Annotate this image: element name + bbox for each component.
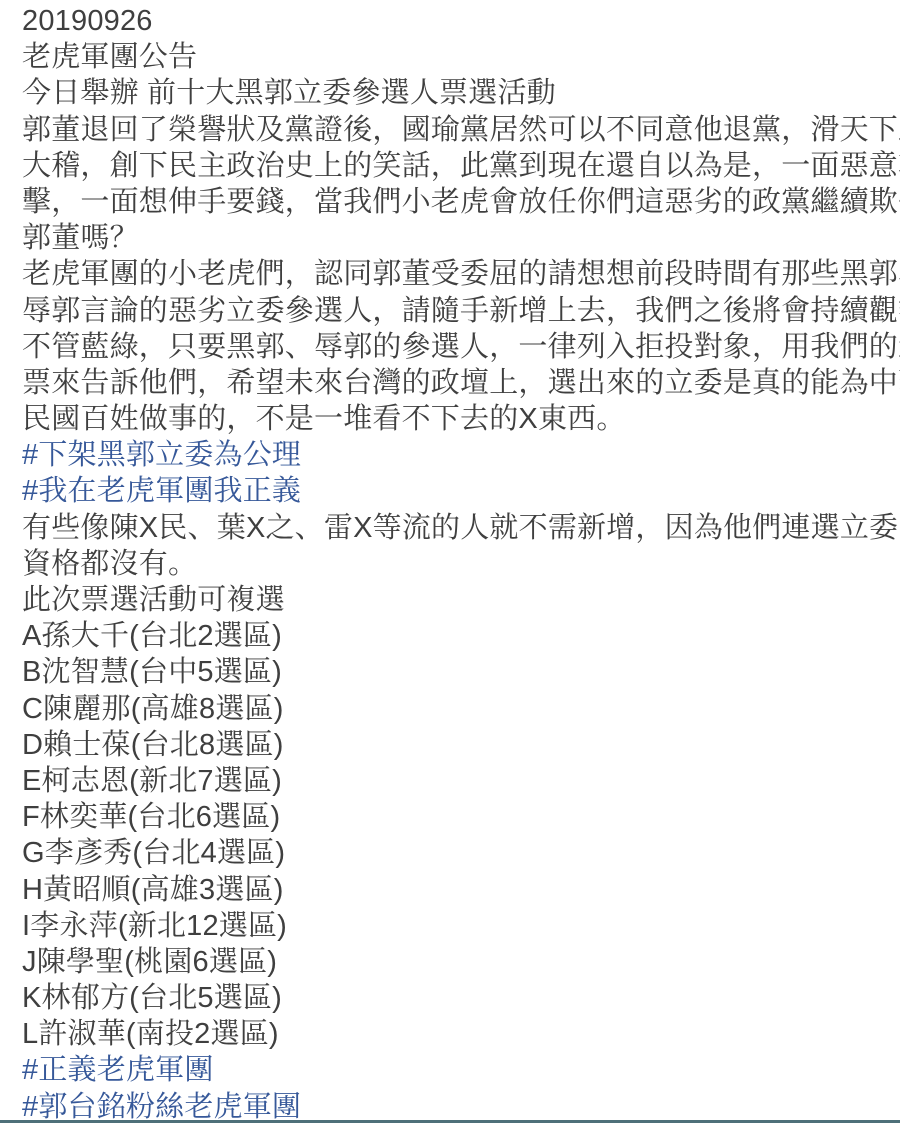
post-text-line: F林奕華(台北6選區) [22, 799, 900, 835]
post-text-line: G李彥秀(台北4選區) [22, 835, 900, 871]
post-text-line: 郭董嗎？ [22, 220, 900, 256]
post-text-line: J陳學聖(桃園6選區) [22, 944, 900, 980]
post-text-line: E柯志恩(新北7選區) [22, 763, 900, 799]
post-text-line: 此次票選活動可複選 [22, 582, 900, 618]
post-text-line: D賴士葆(台北8選區) [22, 727, 900, 763]
post-text-line: L許淑華(南投2選區) [22, 1016, 900, 1052]
post-text-line: 老虎軍團公告 [22, 39, 900, 75]
bottom-border-line [0, 1120, 900, 1123]
hashtag-link[interactable]: #下架黑郭立委為公理 [22, 437, 900, 473]
post-text-line: 民國百姓做事的，不是一堆看不下去的X東西。 [22, 401, 900, 437]
post-text-line: 今日舉辦 前十大黑郭立委參選人票選活動 [22, 75, 900, 111]
post-text-line: H黃昭順(高雄3選區) [22, 872, 900, 908]
post-text-line: 資格都沒有。 [22, 546, 900, 582]
post-text-line: 有些像陳X民、葉X之、雷X等流的人就不需新增，因為他們連選立委的 [22, 510, 900, 546]
post-text-line: 擊，一面想伸手要錢，當我們小老虎會放任你們這惡劣的政黨繼續欺侮 [22, 184, 900, 220]
post-text-line: 老虎軍團的小老虎們，認同郭董受委屈的請想想前段時間有那些黑郭、 [22, 256, 900, 292]
post-text-line: I李永萍(新北12選區) [22, 908, 900, 944]
post-text-line: 不管藍綠，只要黑郭、辱郭的參選人，一律列入拒投對象，用我們的選 [22, 329, 900, 365]
post-text-line: 辱郭言論的惡劣立委參選人，請隨手新增上去，我們之後將會持續觀察 [22, 293, 900, 329]
post-text-line: 20190926 [22, 3, 900, 39]
post-screenshot: 20190926老虎軍團公告今日舉辦 前十大黑郭立委參選人票選活動郭董退回了榮譽… [0, 0, 900, 1128]
post-text-line: 大稽，創下民主政治史上的笑話，此黨到現在還自以為是，一面惡意攻 [22, 148, 900, 184]
hashtag-link[interactable]: #我在老虎軍團我正義 [22, 473, 900, 509]
post-body: 20190926老虎軍團公告今日舉辦 前十大黑郭立委參選人票選活動郭董退回了榮譽… [22, 3, 900, 1125]
post-text-line: K林郁方(台北5選區) [22, 980, 900, 1016]
post-text-line: 郭董退回了榮譽狀及黨證後，國瑜黨居然可以不同意他退黨，滑天下之 [22, 112, 900, 148]
post-text-line: 票來告訴他們，希望未來台灣的政壇上，選出來的立委是真的能為中華 [22, 365, 900, 401]
post-text-line: A孫大千(台北2選區) [22, 618, 900, 654]
hashtag-link[interactable]: #正義老虎軍團 [22, 1052, 900, 1088]
post-text-line: C陳麗那(高雄8選區) [22, 691, 900, 727]
post-text-line: B沈智慧(台中5選區) [22, 654, 900, 690]
